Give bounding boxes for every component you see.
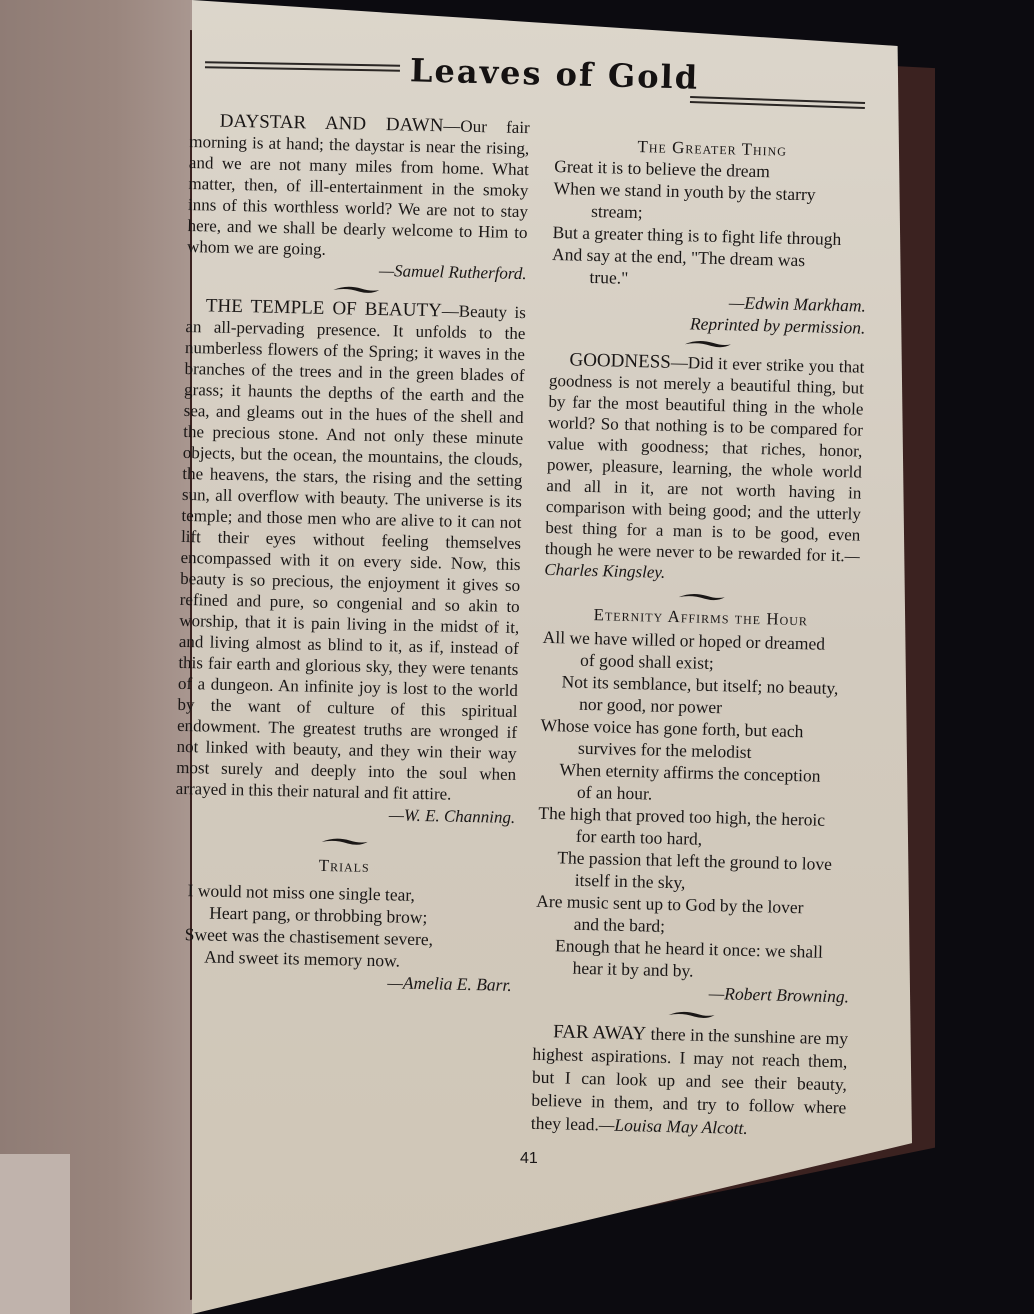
goodness-entry: GOODNESS—Did it ever strike you that goo…: [544, 349, 865, 588]
left-page-edge: [0, 0, 192, 1314]
right-column: The Greater Thing Great it is to believe…: [531, 135, 870, 1142]
page-number: 41: [520, 1150, 538, 1168]
ornament-icon: [331, 284, 381, 295]
goodness-heading: GOODNESS: [569, 349, 671, 372]
left-column: DAYSTAR AND DAWN—Our fair morning is at …: [172, 110, 530, 996]
temple-entry: THE TEMPLE OF BEAUTY—Beauty is an all-pe…: [176, 295, 526, 806]
book-title: Leaves of Gold: [410, 51, 700, 97]
header-rule-left: [205, 61, 400, 71]
ornament-icon: [320, 836, 370, 847]
ornament-icon: [666, 1009, 716, 1020]
daystar-entry: DAYSTAR AND DAWN—Our fair morning is at …: [187, 110, 530, 264]
left-page-lower: [0, 1154, 70, 1314]
eternity-poem: Eternity Affirms the Hour All we have wi…: [534, 604, 859, 1008]
trials-title: Trials: [174, 853, 514, 880]
far-away-entry: FAR AWAY there in the sunshine are my hi…: [531, 1020, 849, 1143]
far-away-heading: FAR AWAY: [553, 1021, 647, 1044]
ornament-icon: [682, 338, 732, 349]
trials-poem: Trials I would not miss one single tear,…: [172, 853, 515, 996]
greater-thing-poem: The Greater Thing Great it is to believe…: [550, 135, 870, 339]
far-away-attribution: —Louisa May Alcott.: [599, 1114, 748, 1138]
temple-text: —Beauty is an all-pervading presence. It…: [176, 301, 526, 803]
goodness-text: —Did it ever strike you that goodness is…: [545, 353, 865, 565]
running-head: Leaves of Gold: [200, 55, 870, 115]
ornament-icon: [676, 591, 726, 602]
header-rule-right: [690, 96, 865, 109]
daystar-text: —Our fair morning is at hand; the daysta…: [187, 116, 530, 259]
